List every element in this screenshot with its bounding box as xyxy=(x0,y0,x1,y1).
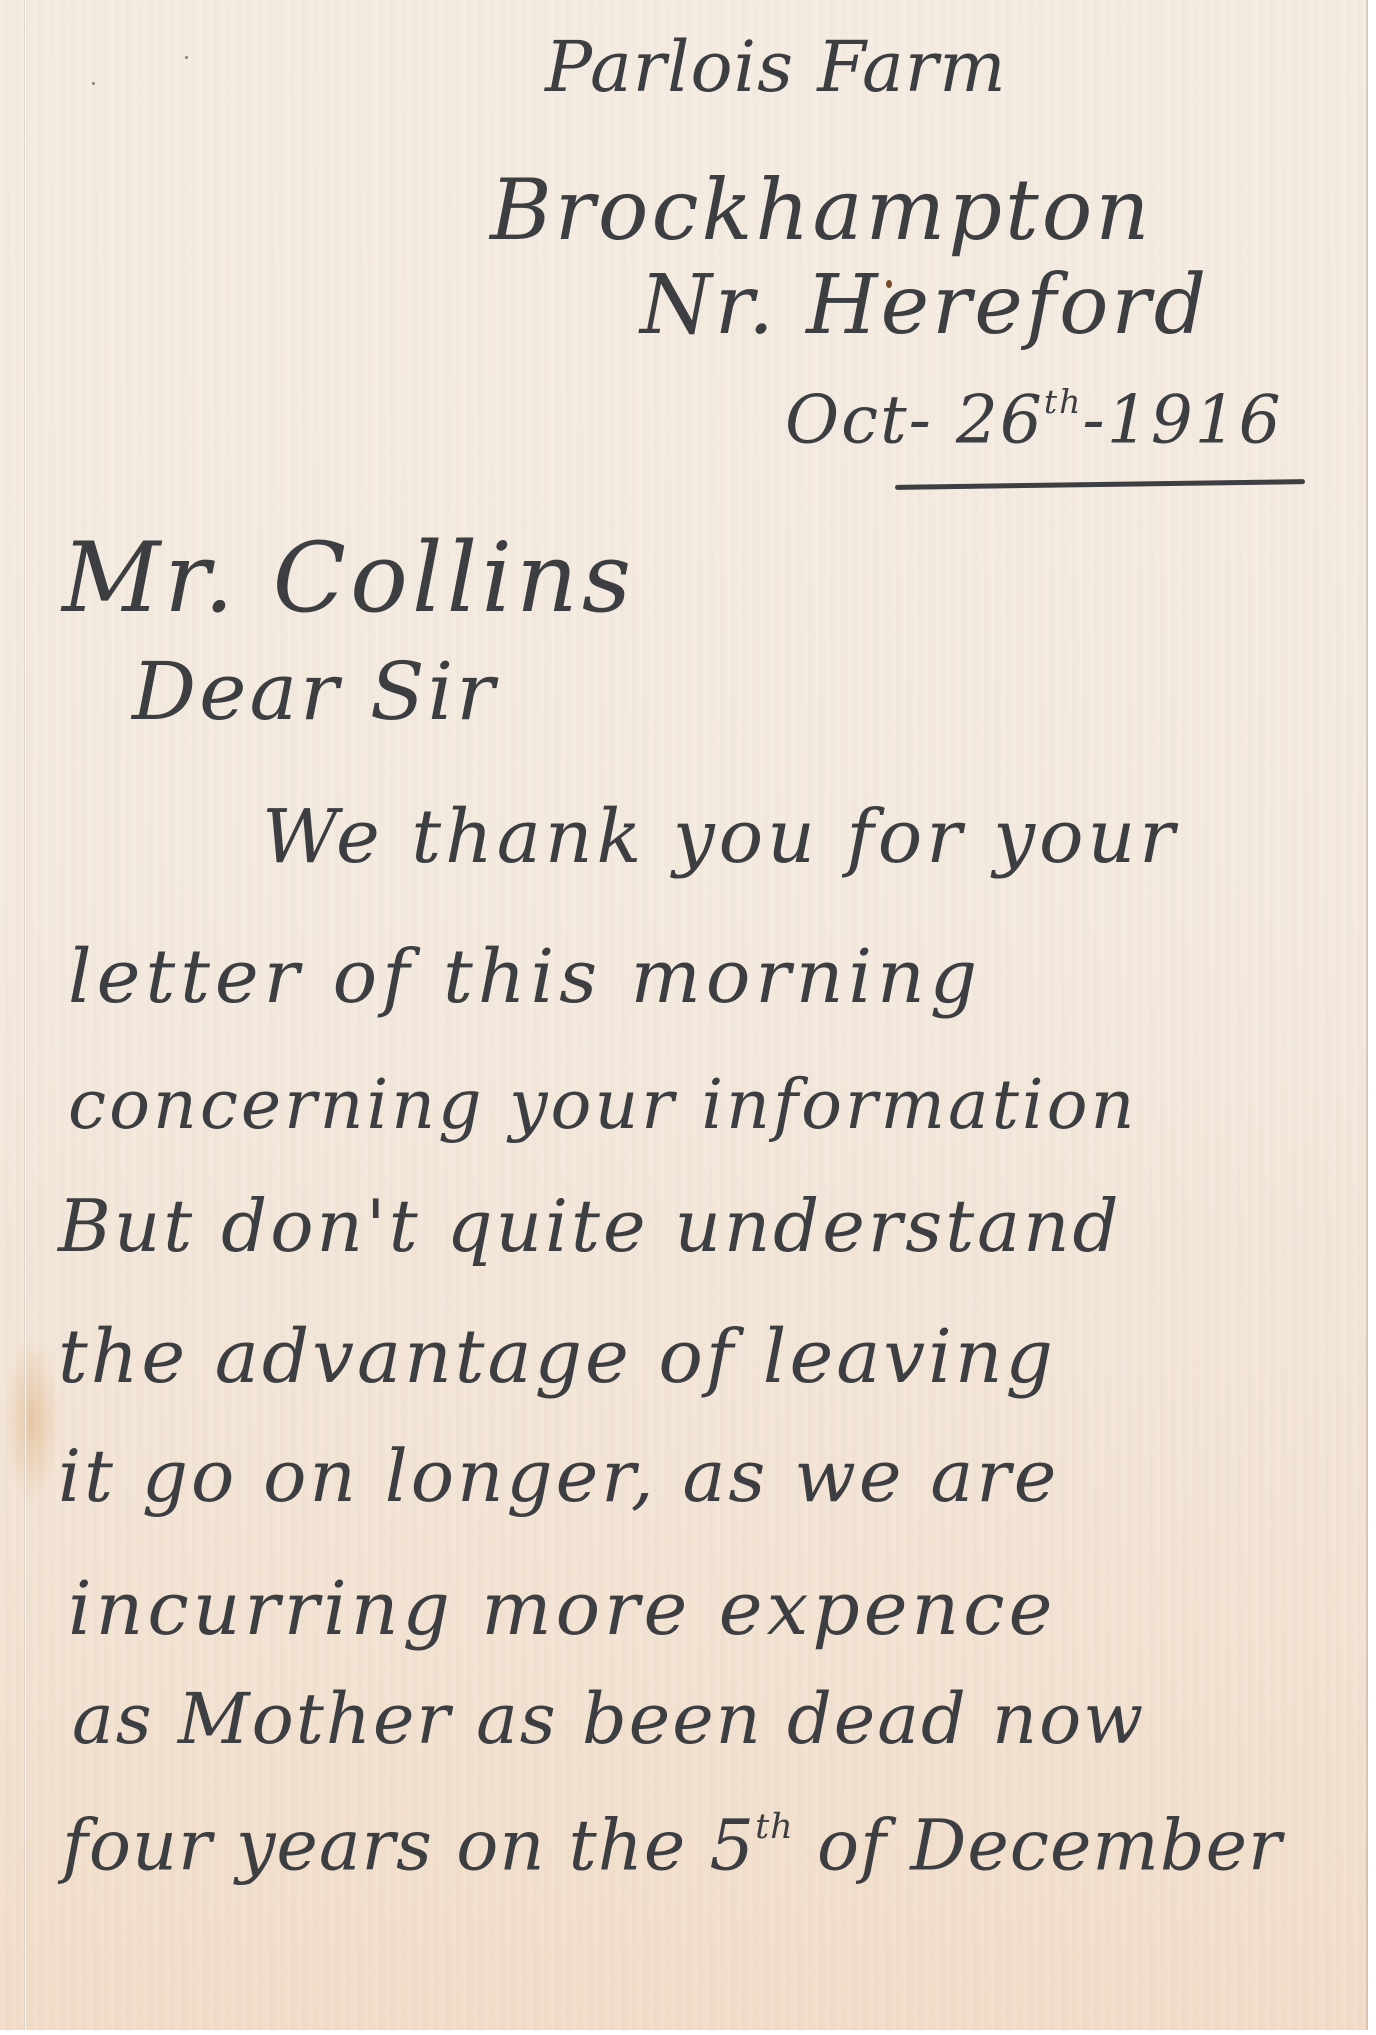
date-day: 26 xyxy=(956,382,1044,459)
date-underline xyxy=(895,479,1305,490)
body-line-9-start: four years on the 5 xyxy=(62,1805,755,1887)
body-line-8: as Mother as been dead now xyxy=(72,1684,1145,1754)
body-line-6: it go on longer, as we are xyxy=(58,1440,1059,1512)
body-line-3: concerning your information xyxy=(68,1072,1137,1140)
body-line-5: the advantage of leaving xyxy=(58,1320,1056,1394)
paper-speck xyxy=(185,56,188,59)
date-separator: - xyxy=(909,382,956,459)
address-line-farm: Parlois Farm xyxy=(545,32,1007,102)
body-line-7: incurring more expence xyxy=(68,1572,1056,1646)
ordinal-suffix: th xyxy=(755,1807,794,1847)
paper-fold-line xyxy=(24,0,27,2030)
greeting: Dear Sir xyxy=(132,652,497,732)
letter-date: Oct- 26th-1916 xyxy=(785,385,1283,454)
letter-page: Parlois Farm Brockhampton Nr. Hereford O… xyxy=(0,0,1368,2030)
date-month: Oct xyxy=(785,382,909,459)
body-line-2: letter of this morning xyxy=(68,940,982,1014)
body-line-9-end: of December xyxy=(794,1805,1283,1887)
body-line-9: four years on the 5th of December xyxy=(62,1810,1283,1881)
address-line-town: Nr. Hereford xyxy=(640,265,1209,347)
date-day-suffix: th xyxy=(1044,382,1083,421)
date-year: 1916 xyxy=(1107,382,1283,459)
date-separator: - xyxy=(1082,382,1106,459)
recipient-name: Mr. Collins xyxy=(62,530,635,626)
paper-speck xyxy=(92,82,95,85)
body-line-4: But don't quite understand xyxy=(58,1190,1122,1262)
address-line-village: Brockhampton xyxy=(490,168,1152,252)
body-line-1: We thank you for your xyxy=(262,800,1179,874)
